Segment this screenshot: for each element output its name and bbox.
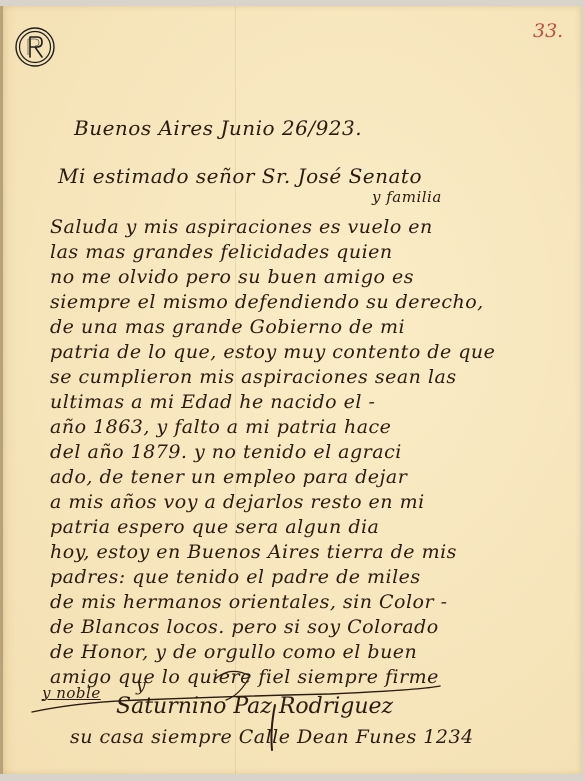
body-line-2: las mas grandes felicidades quien xyxy=(50,243,393,262)
body-line-12: a mis años voy a dejarlos resto en mi xyxy=(50,493,425,512)
body-line-19: amigo que lo quiere fiel siempre firme xyxy=(50,668,439,687)
body-line-11: ado, de tener un empleo para dejar xyxy=(50,468,407,487)
body-line-9: año 1863, y falto a mi patria hace xyxy=(50,418,391,437)
body-line-14: hoy, estoy en Buenos Aires tierra de mis xyxy=(50,543,457,562)
body-line-8: ultimas a mi Edad he nacido el - xyxy=(50,393,375,412)
salutation: Mi estimado señor Sr. José Senato xyxy=(58,166,422,186)
signature: Saturnino Paz Rodriguez xyxy=(116,694,393,719)
body-line-13: patria espero que sera algun dia xyxy=(50,518,379,537)
body-line-1: Saluda y mis aspiraciones es vuelo en xyxy=(50,218,433,237)
body-line-5: de una mas grande Gobierno de mi xyxy=(50,318,405,337)
body-line-3: no me olvido pero su buen amigo es xyxy=(50,268,414,287)
page-number: 33. xyxy=(533,20,563,42)
body-line-16: de mis hermanos orientales, sin Color - xyxy=(50,593,448,612)
body-line-4: siempre el mismo defendiendo su derecho, xyxy=(50,293,484,312)
body-line-6: patria de lo que, estoy muy contento de … xyxy=(50,343,495,362)
salutation-insert: y familia xyxy=(372,188,442,206)
place-date: Buenos Aires Junio 26/923. xyxy=(74,118,362,138)
body-line-15: padres: que tenido el padre de miles xyxy=(50,568,421,587)
monogram-r-icon xyxy=(15,27,55,67)
body-line-17: de Blancos locos. pero si soy Colorado xyxy=(50,618,439,637)
body-line-10: del año 1879. y no tenido el agraci xyxy=(50,443,402,462)
address-line: su casa siempre Calle Dean Funes 1234 xyxy=(70,728,474,747)
closing-fragment: y noble xyxy=(42,684,101,702)
closing-conjunction: y xyxy=(136,676,146,696)
body-line-18: de Honor, y de orgullo como el buen xyxy=(50,643,417,662)
body-line-7: se cumplieron mis aspiraciones sean las xyxy=(50,368,457,387)
